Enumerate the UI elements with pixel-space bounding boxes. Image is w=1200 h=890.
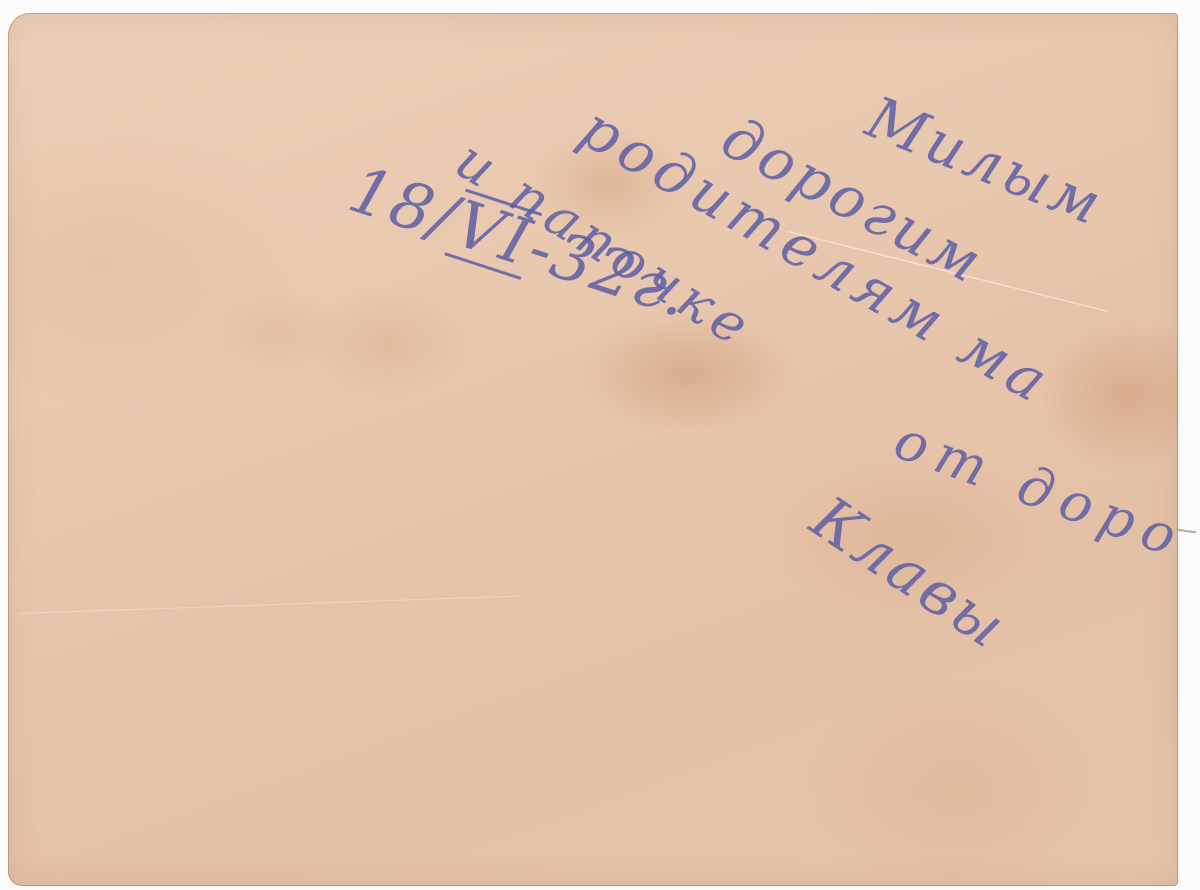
photo-card-back: Милым дорогим родителям ма и папочке от … xyxy=(8,13,1178,886)
paper-crease xyxy=(18,596,518,614)
signature: Клавы xyxy=(799,483,1020,664)
